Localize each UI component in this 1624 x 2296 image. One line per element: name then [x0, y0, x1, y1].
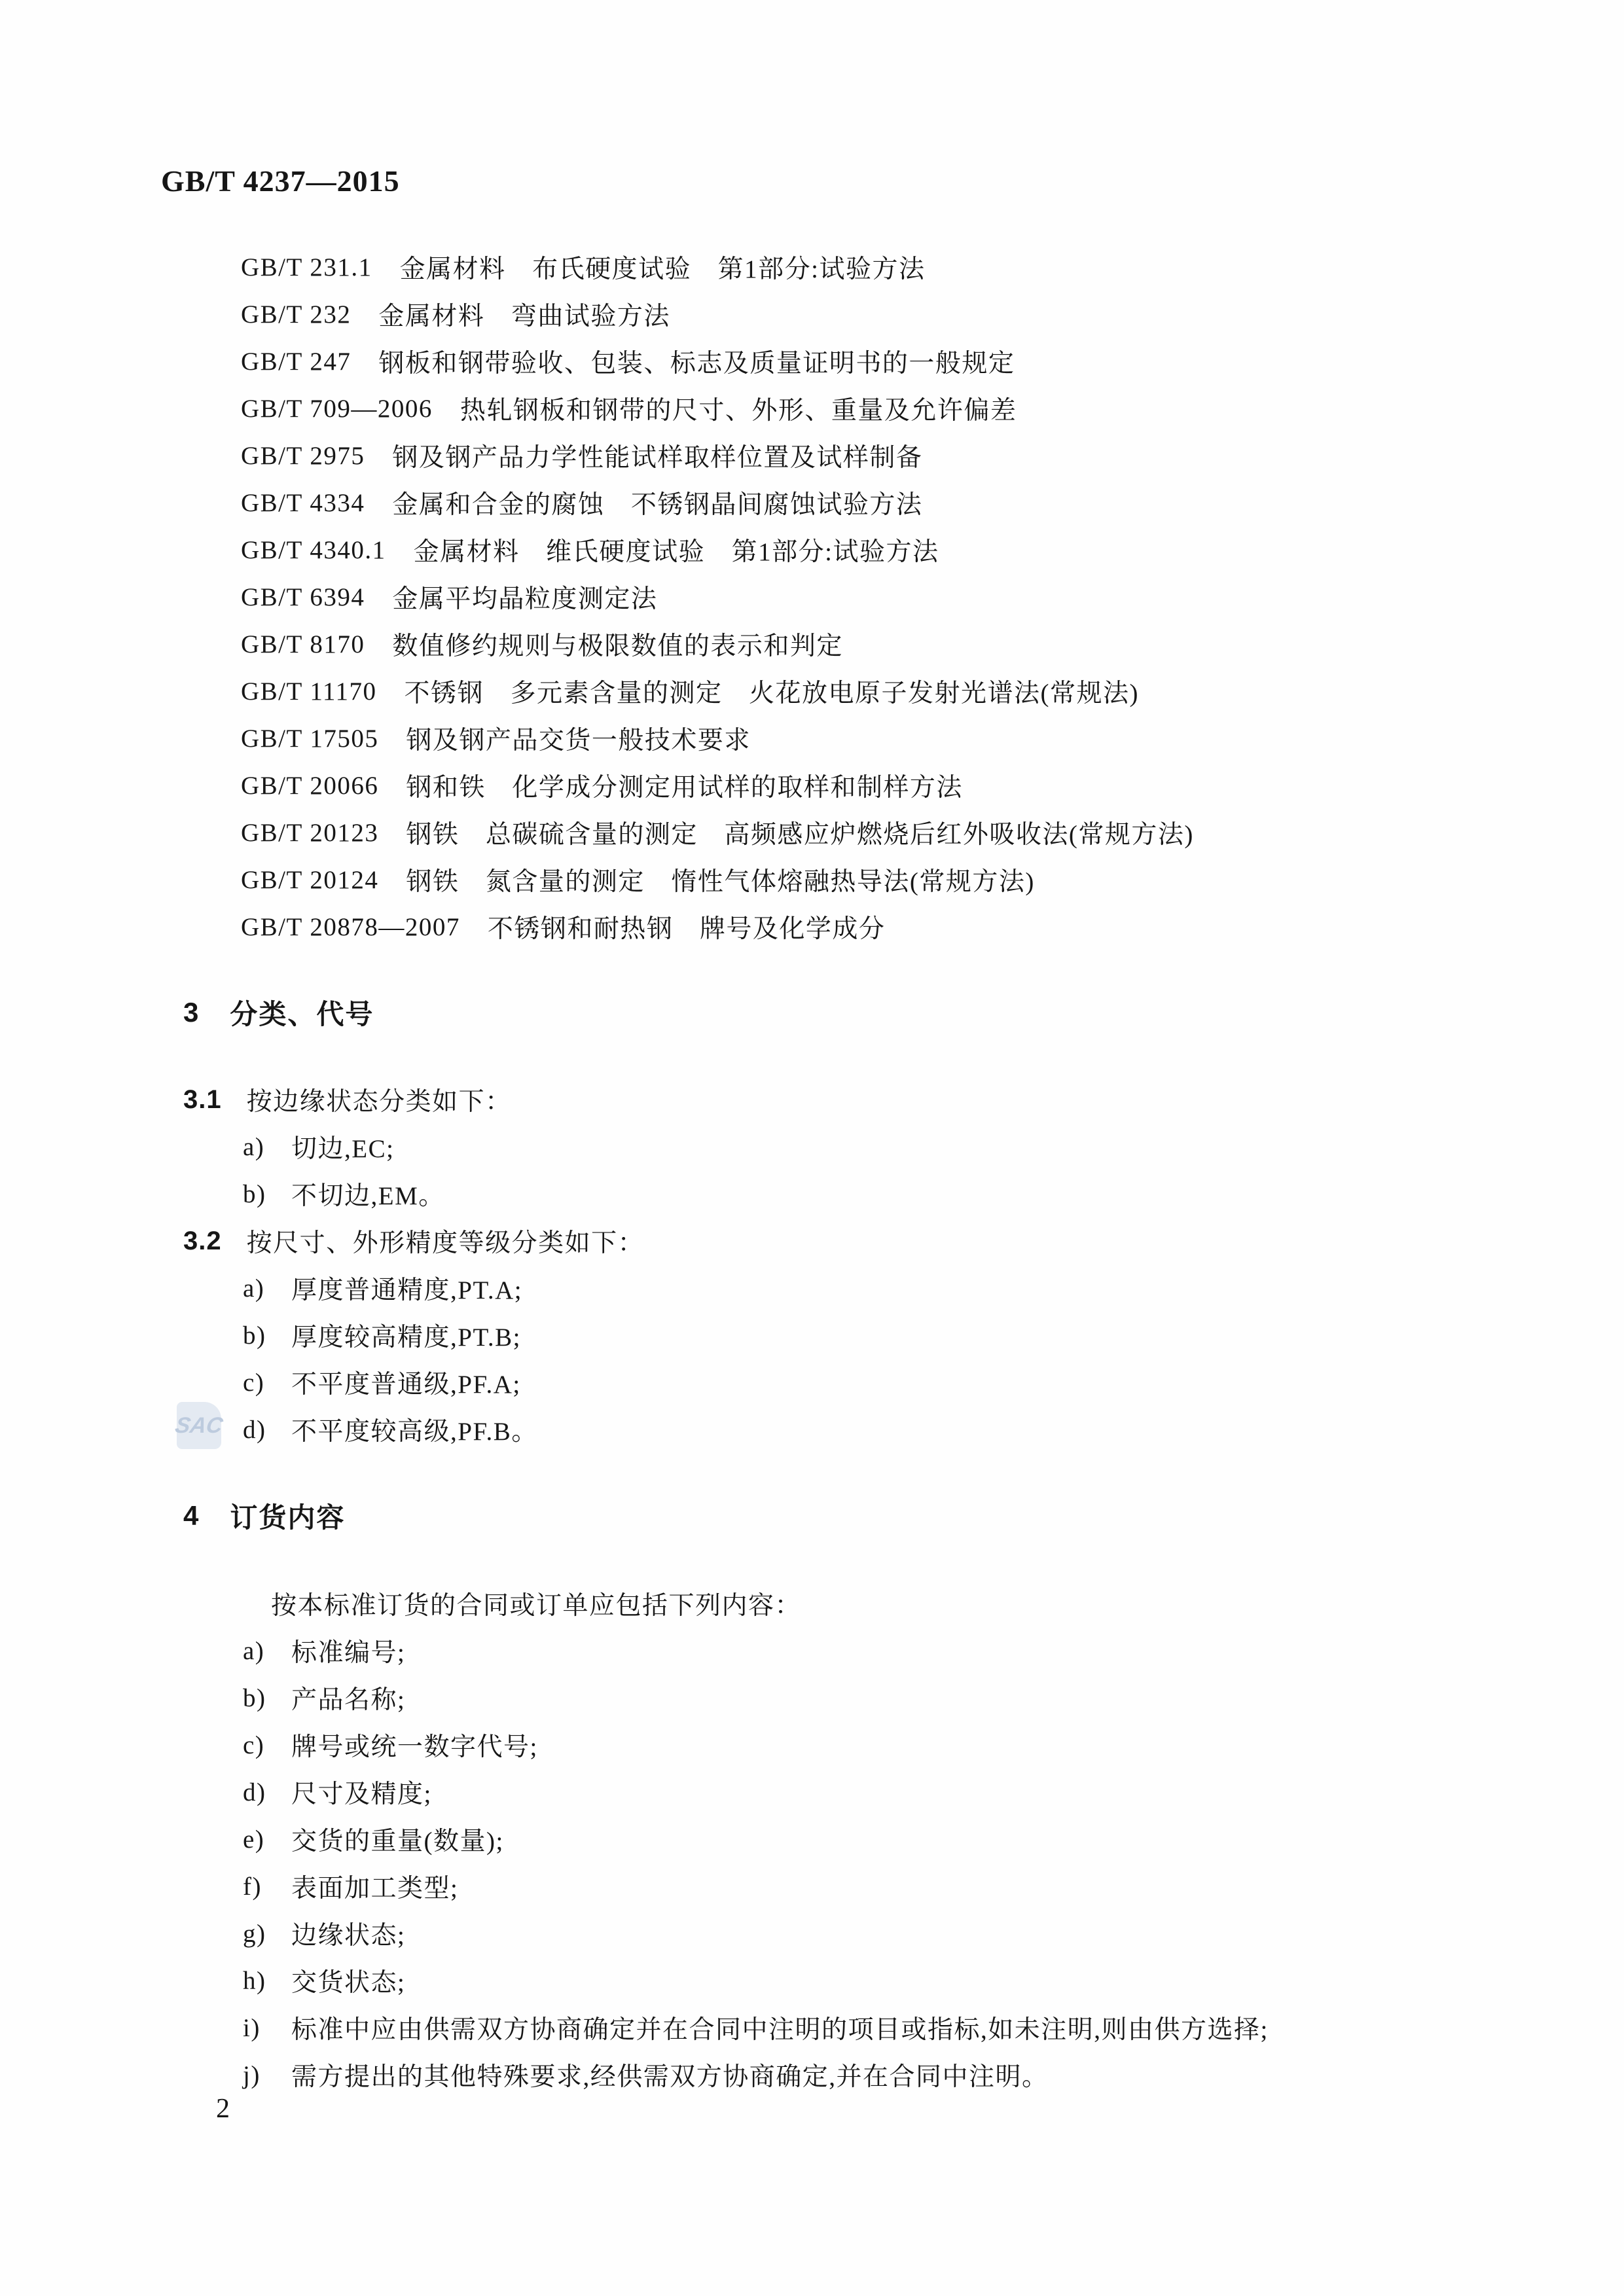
reference-title: 金属材料 维氏硬度试验 第1部分:试验方法	[414, 531, 939, 568]
reference-code: GB/T 11170	[241, 677, 377, 706]
reference-code: GB/T 20124	[241, 865, 378, 895]
reference-title: 钢和铁 化学成分测定用试样的取样和制样方法	[406, 767, 963, 804]
clause-3-1-text: 按边缘状态分类如下：	[247, 1081, 512, 1118]
list-item-text: 产品名称;	[291, 1679, 405, 1716]
reference-title: 钢及钢产品力学性能试样取样位置及试样制备	[392, 437, 922, 474]
reference-title: 钢板和钢带验收、包装、标志及质量证明书的一般规定	[378, 343, 1015, 380]
sac-watermark-logo: SAC	[177, 1402, 221, 1449]
reference-code: GB/T 6394	[241, 583, 365, 612]
list-item-text: 切边,EC;	[291, 1128, 394, 1165]
reference-code: GB/T 20878—2007	[241, 912, 460, 942]
list-item-text: 厚度普通精度,PT.A;	[291, 1270, 522, 1306]
list-item-text: 需方提出的其他特殊要求,经供需双方协商确定,并在合同中注明。	[291, 2056, 1049, 2093]
list-item: a)标准编号;	[183, 1627, 1269, 1674]
reference-code: GB/T 20066	[241, 771, 378, 800]
list-marker: h)	[243, 1966, 291, 1996]
list-item: i)标准中应由供需双方协商确定并在合同中注明的项目或指标,如未注明,则由供方选择…	[183, 2004, 1269, 2051]
section-4-intro: 按本标准订货的合同或订单应包括下列内容：	[183, 1580, 1269, 1627]
list-marker: b)	[243, 1321, 291, 1350]
sac-watermark-label: SAC	[173, 1413, 225, 1439]
reference-item: GB/T 8170数值修约规则与极限数值的表示和判定	[241, 620, 1194, 668]
list-marker: e)	[243, 1825, 291, 1854]
reference-code: GB/T 4340.1	[241, 535, 386, 565]
reference-code: GB/T 709—2006	[241, 394, 433, 423]
section-3-body: 3.1 按边缘状态分类如下： a)切边,EC; b)不切边,EM。 3.2 按尺…	[183, 1076, 644, 1453]
clause-3-2: 3.2 按尺寸、外形精度等级分类如下：	[183, 1217, 644, 1265]
list-marker: g)	[243, 1919, 291, 1948]
list-marker: b)	[243, 1179, 291, 1209]
list-marker: a)	[243, 1636, 291, 1666]
list-marker: j)	[243, 2060, 291, 2090]
reference-code: GB/T 17505	[241, 724, 378, 753]
reference-title: 不锈钢和耐热钢 牌号及化学成分	[488, 908, 886, 945]
reference-title: 不锈钢 多元素含量的测定 火花放电原子发射光谱法(常规法)	[405, 673, 1139, 709]
list-marker: a)	[243, 1274, 291, 1303]
list-item-text: 不切边,EM。	[291, 1175, 445, 1212]
list-item-text: 标准编号;	[291, 1632, 405, 1669]
list-item: b)产品名称;	[183, 1674, 1269, 1721]
clause-3-2-text: 按尺寸、外形精度等级分类如下：	[247, 1223, 645, 1259]
list-item: j)需方提出的其他特殊要求,经供需双方协商确定,并在合同中注明。	[183, 2051, 1269, 2098]
reference-code: GB/T 4334	[241, 488, 365, 518]
reference-item: GB/T 232金属材料 弯曲试验方法	[241, 291, 1194, 338]
reference-title: 热轧钢板和钢带的尺寸、外形、重量及允许偏差	[460, 390, 1017, 427]
reference-title: 金属和合金的腐蚀 不锈钢晶间腐蚀试验方法	[392, 484, 922, 521]
reference-item: GB/T 4340.1金属材料 维氏硬度试验 第1部分:试验方法	[241, 526, 1194, 573]
reference-code: GB/T 2975	[241, 441, 365, 471]
list-item: a)厚度普通精度,PT.A;	[183, 1265, 644, 1312]
section-4-title: 订货内容	[230, 1496, 345, 1535]
list-marker: f)	[243, 1872, 291, 1901]
reference-title: 数值修约规则与极限数值的表示和判定	[392, 626, 843, 662]
list-marker: c)	[243, 1731, 291, 1760]
clause-3-2-number: 3.2	[183, 1227, 222, 1256]
section-4-number: 4	[183, 1500, 200, 1532]
list-item: b)不切边,EM。	[183, 1170, 644, 1217]
reference-item: GB/T 20124钢铁 氮含量的测定 惰性气体熔融热导法(常规方法)	[241, 856, 1194, 903]
list-item-text: 标准中应由供需双方协商确定并在合同中注明的项目或指标,如未注明,则由供方选择;	[291, 2009, 1269, 2046]
list-item: h)交货状态;	[183, 1957, 1269, 2004]
reference-item: GB/T 11170不锈钢 多元素含量的测定 火花放电原子发射光谱法(常规法)	[241, 668, 1194, 715]
standard-number-header: GB/T 4237—2015	[161, 164, 400, 198]
section-3-title: 分类、代号	[230, 993, 374, 1032]
reference-item: GB/T 231.1金属材料 布氏硬度试验 第1部分:试验方法	[241, 243, 1194, 291]
section-4-body: 按本标准订货的合同或订单应包括下列内容： a)标准编号; b)产品名称; c)牌…	[183, 1580, 1269, 2098]
reference-title: 钢铁 氮含量的测定 惰性气体熔融热导法(常规方法)	[406, 861, 1034, 898]
section-3-heading: 3 分类、代号	[183, 989, 374, 1036]
section-4-heading: 4 订货内容	[183, 1492, 345, 1539]
reference-item: GB/T 17505钢及钢产品交货一般技术要求	[241, 715, 1194, 762]
list-item: d)尺寸及精度;	[183, 1768, 1269, 1816]
list-marker: b)	[243, 1683, 291, 1713]
document-page: GB/T 4237—2015 GB/T 231.1金属材料 布氏硬度试验 第1部…	[0, 0, 1624, 2296]
list-marker: a)	[243, 1132, 291, 1162]
list-item: c)不平度普通级,PF.A;	[183, 1359, 644, 1406]
list-item-text: 不平度较高级,PF.B。	[291, 1411, 538, 1448]
reference-item: GB/T 20123钢铁 总碳硫含量的测定 高频感应炉燃烧后红外吸收法(常规方法…	[241, 809, 1194, 856]
reference-code: GB/T 20123	[241, 818, 378, 848]
reference-title: 金属材料 弯曲试验方法	[378, 296, 670, 332]
list-item: d)不平度较高级,PF.B。	[183, 1406, 644, 1453]
list-item: a)切边,EC;	[183, 1123, 644, 1170]
list-marker: i)	[243, 2013, 291, 2043]
list-item: g)边缘状态;	[183, 1910, 1269, 1957]
reference-item: GB/T 6394金属平均晶粒度测定法	[241, 573, 1194, 620]
reference-item: GB/T 247钢板和钢带验收、包装、标志及质量证明书的一般规定	[241, 338, 1194, 385]
list-item-text: 交货状态;	[291, 1962, 405, 1999]
list-marker: c)	[243, 1368, 291, 1397]
list-item: b)厚度较高精度,PT.B;	[183, 1312, 644, 1359]
reference-code: GB/T 231.1	[241, 253, 372, 282]
list-item-text: 交货的重量(数量);	[291, 1821, 504, 1857]
page-number: 2	[216, 2085, 230, 2132]
list-marker: d)	[243, 1415, 291, 1444]
list-item-text: 厚度较高精度,PT.B;	[291, 1317, 521, 1354]
section-3-number: 3	[183, 997, 200, 1028]
list-item-text: 牌号或统一数字代号;	[291, 1727, 538, 1763]
references-list: GB/T 231.1金属材料 布氏硬度试验 第1部分:试验方法 GB/T 232…	[241, 243, 1194, 950]
reference-item: GB/T 20066钢和铁 化学成分测定用试样的取样和制样方法	[241, 762, 1194, 809]
list-item-text: 边缘状态;	[291, 1915, 405, 1952]
reference-item: GB/T 709—2006热轧钢板和钢带的尺寸、外形、重量及允许偏差	[241, 385, 1194, 432]
list-item: c)牌号或统一数字代号;	[183, 1721, 1269, 1768]
list-item: f)表面加工类型;	[183, 1863, 1269, 1910]
list-item: e)交货的重量(数量);	[183, 1816, 1269, 1863]
reference-item: GB/T 2975钢及钢产品力学性能试样取样位置及试样制备	[241, 432, 1194, 479]
reference-title: 金属平均晶粒度测定法	[392, 579, 657, 615]
list-marker: d)	[243, 1778, 291, 1807]
reference-title: 钢铁 总碳硫含量的测定 高频感应炉燃烧后红外吸收法(常规方法)	[406, 814, 1193, 851]
reference-code: GB/T 232	[241, 300, 351, 329]
clause-3-1-number: 3.1	[183, 1085, 222, 1115]
reference-title: 钢及钢产品交货一般技术要求	[406, 720, 751, 757]
reference-item: GB/T 4334金属和合金的腐蚀 不锈钢晶间腐蚀试验方法	[241, 479, 1194, 526]
reference-item: GB/T 20878—2007不锈钢和耐热钢 牌号及化学成分	[241, 903, 1194, 950]
reference-code: GB/T 247	[241, 347, 351, 376]
list-item-text: 不平度普通级,PF.A;	[291, 1364, 521, 1401]
clause-3-1: 3.1 按边缘状态分类如下：	[183, 1076, 644, 1123]
list-item-text: 表面加工类型;	[291, 1868, 458, 1905]
list-item-text: 尺寸及精度;	[291, 1774, 432, 1810]
reference-title: 金属材料 布氏硬度试验 第1部分:试验方法	[400, 249, 926, 285]
reference-code: GB/T 8170	[241, 630, 365, 659]
